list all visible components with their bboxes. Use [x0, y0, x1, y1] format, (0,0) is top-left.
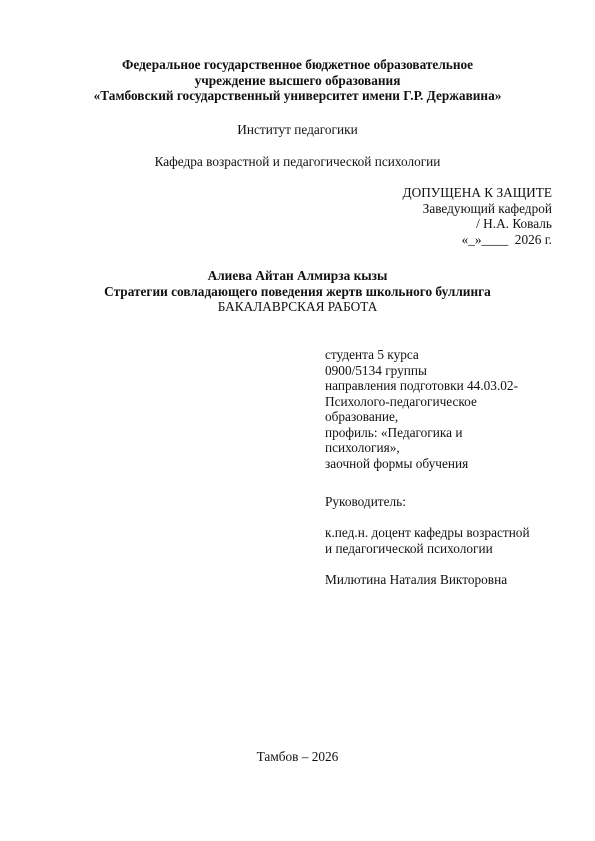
student-info-line: Психолого-педагогическое — [325, 394, 565, 410]
student-info-line: заочной формы обучения — [325, 456, 565, 472]
work-title: Стратегии совладающего поведения жертв ш… — [0, 284, 595, 300]
header-line-1: Федеральное государственное бюджетное об… — [0, 57, 595, 73]
supervisor-position: к.пед.н. доцент кафедры возрастной и пед… — [325, 525, 530, 556]
city-year: Тамбов – 2026 — [0, 749, 595, 765]
institute-name: Институт педагогики — [0, 122, 595, 138]
approval-signature: / Н.А. Коваль — [403, 216, 552, 232]
student-info: студента 5 курса 0900/5134 группы направ… — [325, 347, 565, 471]
student-info-line: профиль: «Педагогика и — [325, 425, 565, 441]
student-info-line: направления подготовки 44.03.02- — [325, 378, 565, 394]
student-info-line: психология», — [325, 440, 565, 456]
work-type: БАКАЛАВРСКАЯ РАБОТА — [0, 299, 595, 315]
university-header: Федеральное государственное бюджетное об… — [0, 57, 595, 104]
department-name: Кафедра возрастной и педагогической псих… — [0, 154, 595, 170]
work-title-block: Алиева Айтан Алмирза кызы Стратегии совл… — [0, 268, 595, 315]
student-info-line: 0900/5134 группы — [325, 363, 565, 379]
approval-block: ДОПУЩЕНА К ЗАЩИТЕ Заведующий кафедрой / … — [403, 185, 552, 247]
approval-role: Заведующий кафедрой — [403, 201, 552, 217]
approval-date: «_»____ 2026 г. — [403, 232, 552, 248]
header-line-2: учреждение высшего образования — [0, 73, 595, 89]
approval-status: ДОПУЩЕНА К ЗАЩИТЕ — [403, 185, 552, 201]
author-name: Алиева Айтан Алмирза кызы — [0, 268, 595, 284]
header-line-3: «Тамбовский государственный университет … — [0, 88, 595, 104]
supervisor-position-line: и педагогической психологии — [325, 541, 530, 557]
supervisor-label: Руководитель: — [325, 494, 406, 510]
title-page: Федеральное государственное бюджетное об… — [0, 0, 595, 841]
student-info-line: студента 5 курса — [325, 347, 565, 363]
supervisor-name: Милютина Наталия Викторовна — [325, 572, 507, 588]
student-info-line: образование, — [325, 409, 565, 425]
supervisor-position-line: к.пед.н. доцент кафедры возрастной — [325, 525, 530, 541]
